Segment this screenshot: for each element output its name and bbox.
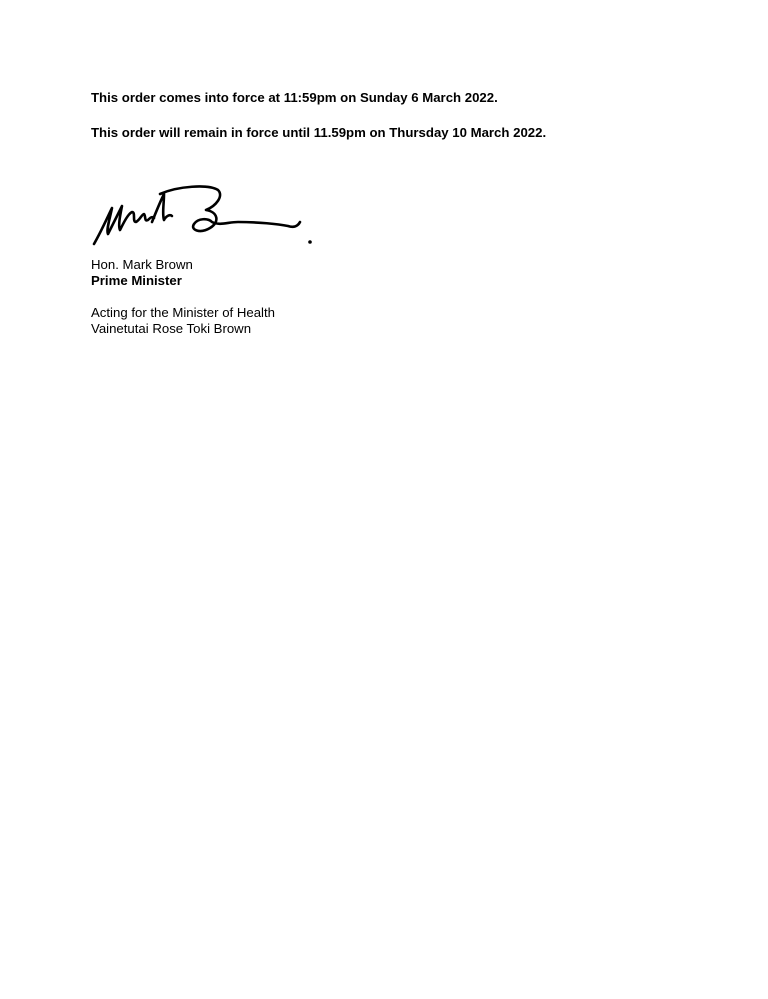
expiry-statement: This order will remain in force until 11… — [91, 125, 546, 141]
signatory-title: Prime Minister — [91, 273, 182, 289]
signatory-name: Hon. Mark Brown — [91, 257, 193, 273]
signature-icon — [88, 182, 328, 252]
commencement-statement: This order comes into force at 11:59pm o… — [91, 90, 498, 106]
minister-name: Vainetutai Rose Toki Brown — [91, 321, 251, 337]
acting-for-label: Acting for the Minister of Health — [91, 305, 275, 321]
